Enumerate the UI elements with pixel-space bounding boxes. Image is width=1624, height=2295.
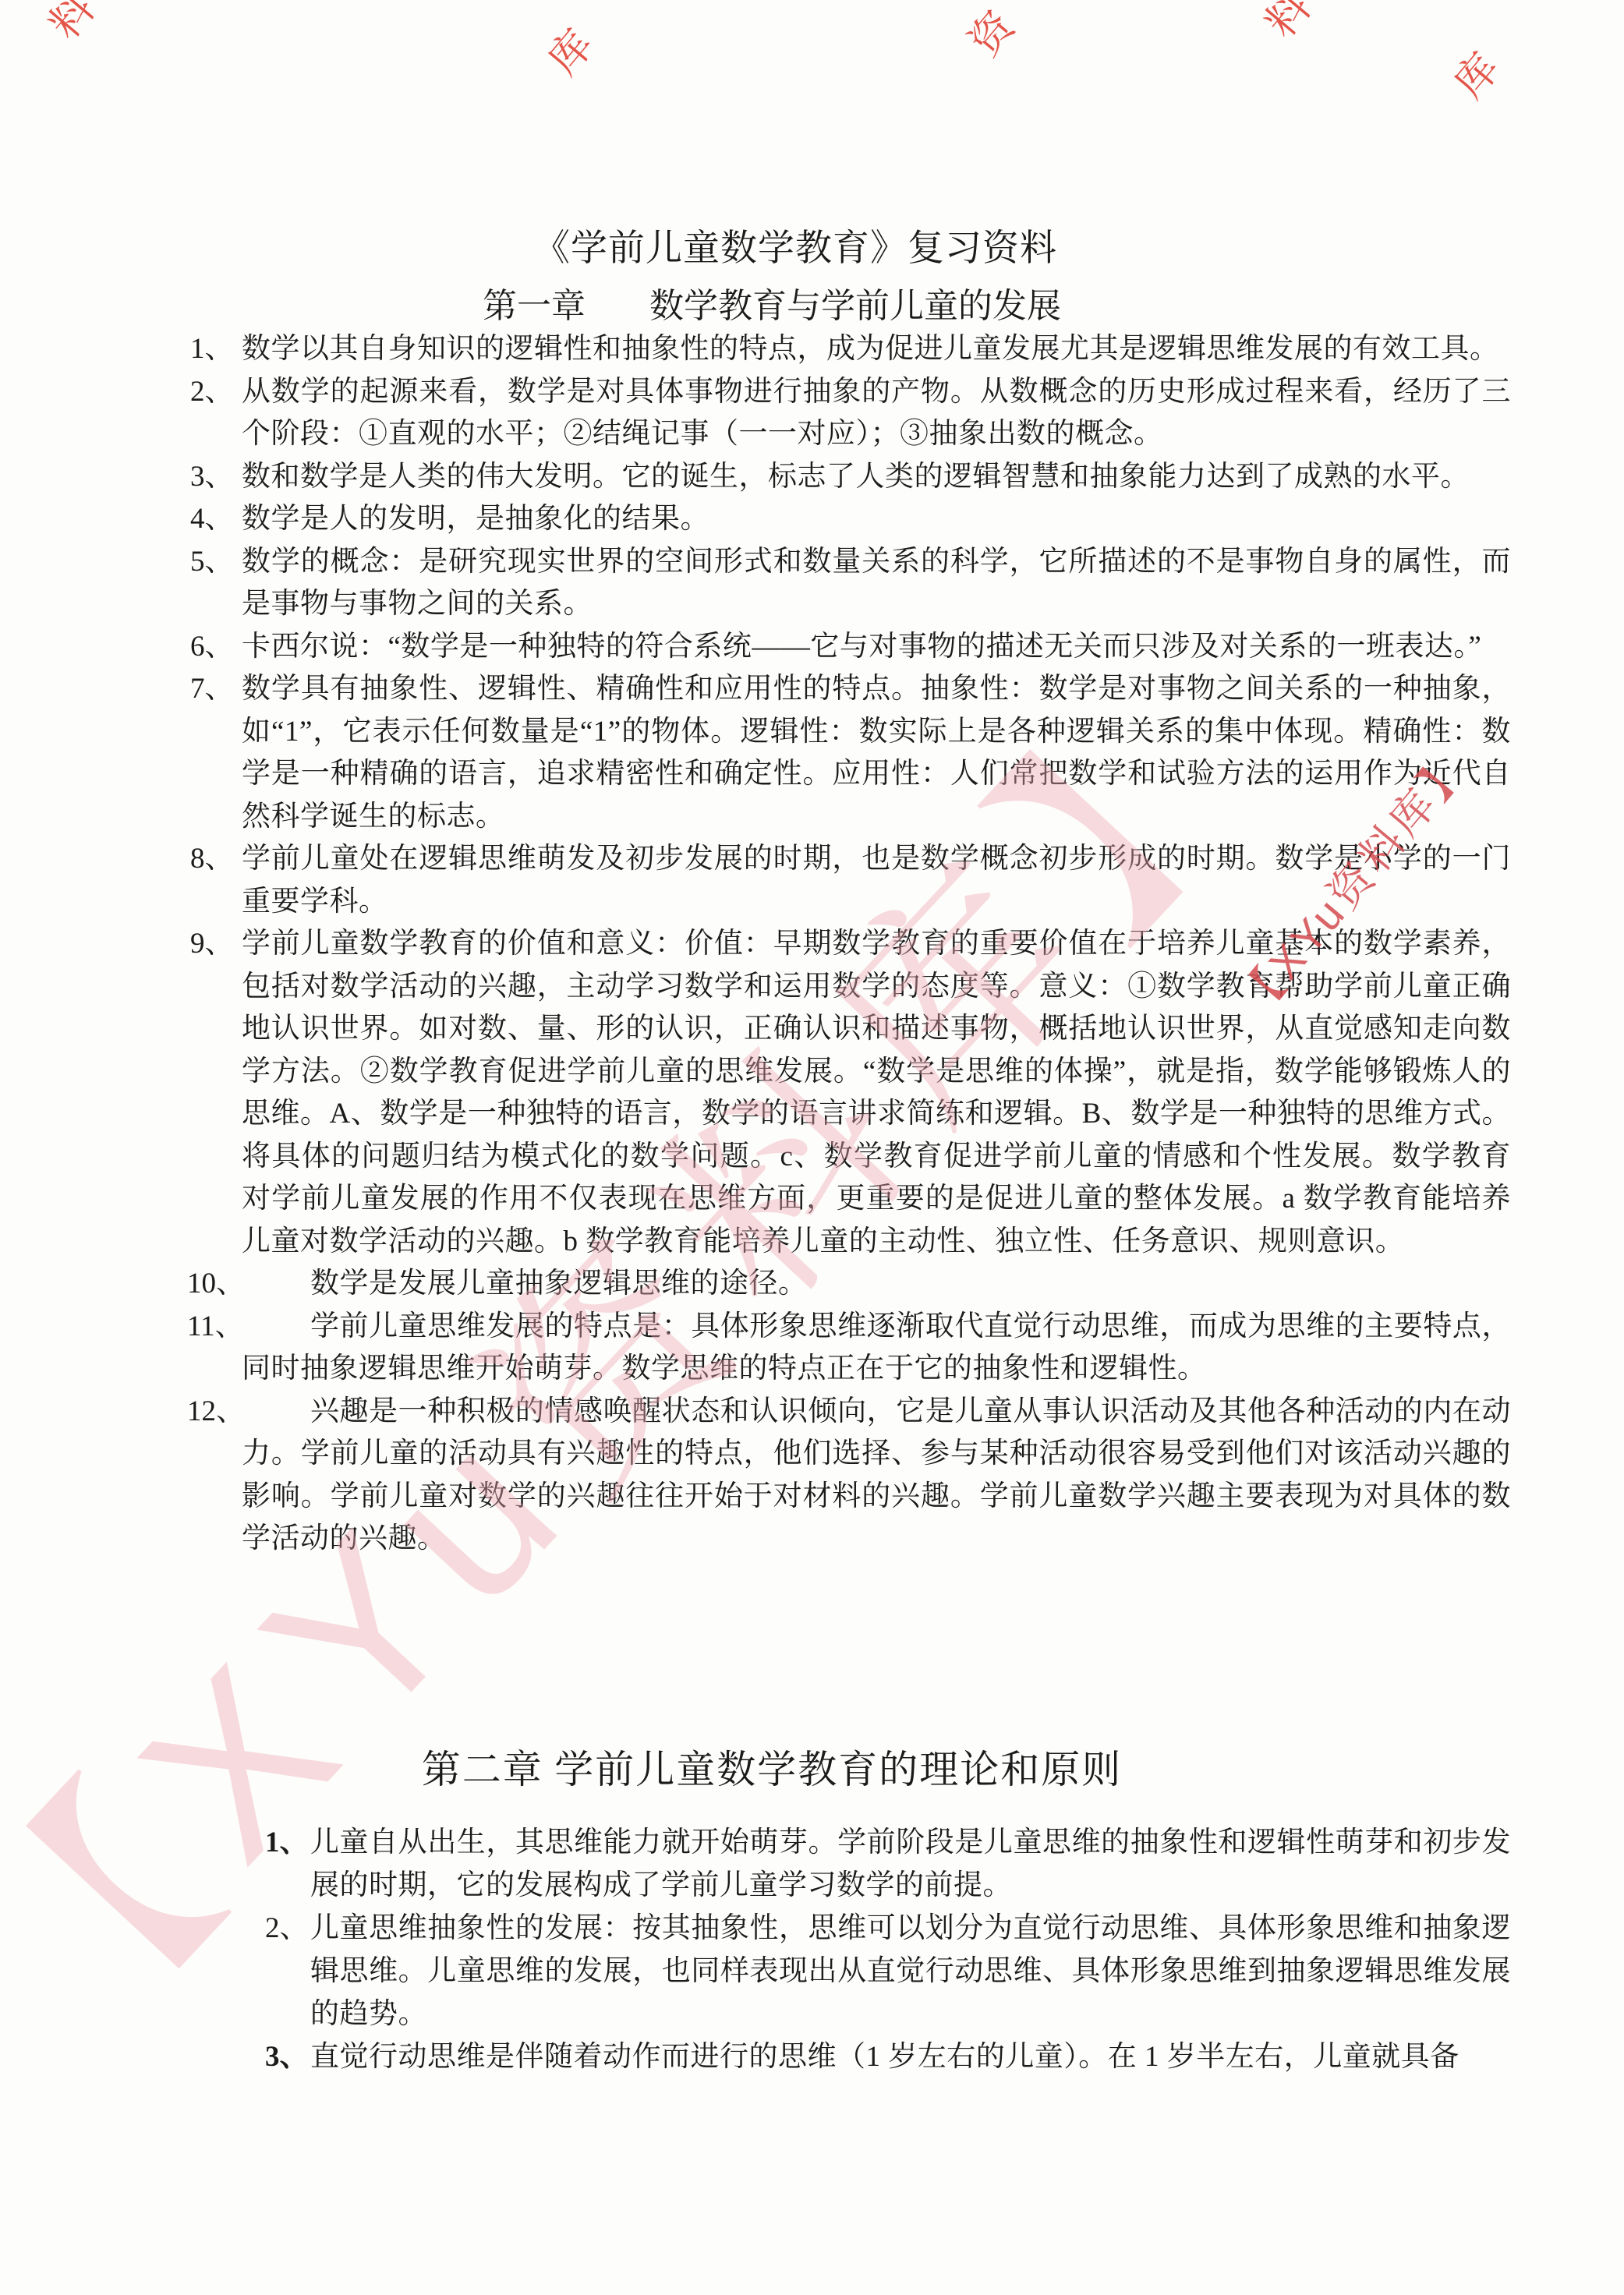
chapter-1-list: 1、 数学以其自身知识的逻辑性和抽象性的特点，成为促进儿童发展尤其是逻辑思维发展… [187, 328, 1520, 1561]
list-item: 1、 数学以其自身知识的逻辑性和抽象性的特点，成为促进儿童发展尤其是逻辑思维发展… [187, 328, 1520, 371]
item-number: 3、 [190, 456, 234, 499]
item-number: 4、 [190, 498, 234, 541]
list-item: 11、 学前儿童思维发展的特点是：具体形象思维逐渐取代直觉行动思维，而成为思维的… [187, 1306, 1520, 1391]
item-text: 数学具有抽象性、逻辑性、精确性和应用性的特点。抽象性：数学是对事物之间关系的一种… [242, 668, 1511, 838]
item-number: 11、 [187, 1306, 244, 1349]
list-item: 12、 兴趣是一种积极的情感唤醒状态和认识倾向，它是儿童从事认识活动及其他各种活… [187, 1391, 1520, 1561]
item-text: 儿童思维抽象性的发展：按其抽象性，思维可以划分为直觉行动思维、具体形象思维和抽象… [310, 1907, 1511, 2035]
list-item: 7、 数学具有抽象性、逻辑性、精确性和应用性的特点。抽象性：数学是对事物之间关系… [187, 668, 1520, 838]
list-item: 10、 数学是发展儿童抽象逻辑思维的途径。 [187, 1263, 1520, 1306]
item-text: 卡西尔说：“数学是一种独特的符合系统——它与对事物的描述无关而只涉及对关系的一班… [242, 626, 1511, 669]
list-item: 9、 学前儿童数学教育的价值和意义：价值：早期数学教育的重要价值在于培养儿童基本… [187, 923, 1520, 1263]
item-number: 9、 [190, 923, 234, 966]
item-number: 5、 [190, 541, 234, 584]
watermark-fragment: 料 [33, 0, 106, 50]
chapter-2-list: 1、 儿童自从出生，其思维能力就开始萌芽。学前阶段是儿童思维的抽象性和逻辑性萌芽… [187, 1821, 1520, 2078]
watermark-fragment: 库 [532, 15, 605, 86]
list-item: 2、 儿童思维抽象性的发展：按其抽象性，思维可以划分为直觉行动思维、具体形象思维… [187, 1907, 1520, 2035]
item-number: 1、 [265, 1821, 309, 1864]
item-text: 从数学的起源来看，数学是对具体事物进行抽象的产物。从数概念的历史形成过程来看，经… [242, 371, 1511, 456]
list-item: 3、 直觉行动思维是伴随着动作而进行的思维（1 岁左右的儿童）。在 1 岁半左右… [187, 2035, 1520, 2078]
item-number: 1、 [190, 328, 234, 371]
item-text: 数和数学是人类的伟大发明。它的诞生，标志了人类的逻辑智慧和抽象能力达到了成熟的水… [242, 456, 1511, 499]
item-text: 儿童自从出生，其思维能力就开始萌芽。学前阶段是儿童思维的抽象性和逻辑性萌芽和初步… [310, 1821, 1511, 1907]
list-item: 8、 学前儿童处在逻辑思维萌发及初步发展的时期，也是数学概念初步形成的时期。数学… [187, 838, 1520, 923]
chapter-1-heading: 第一章数学教育与学前儿童的发展 [187, 287, 1357, 327]
chapter-1-number: 第一章 [483, 287, 586, 325]
list-item: 4、 数学是人的发明，是抽象化的结果。 [187, 498, 1520, 541]
document-page: 【XYu资料库】 【XYu资料库】 料 库 资 料 库 《学前儿童数学教育》复习… [0, 0, 1624, 2295]
list-item: 2、 从数学的起源来看，数学是对具体事物进行抽象的产物。从数概念的历史形成过程来… [187, 371, 1520, 456]
item-text: 兴趣是一种积极的情感唤醒状态和认识倾向，它是儿童从事认识活动及其他各种活动的内在… [242, 1391, 1511, 1561]
item-number: 10、 [187, 1263, 245, 1306]
item-text: 学前儿童数学教育的价值和意义：价值：早期数学教育的重要价值在于培养儿童基本的数学… [242, 923, 1511, 1263]
chapter-2-heading: 第二章 学前儿童数学教育的理论和原则 [187, 1748, 1357, 1793]
item-text: 直觉行动思维是伴随着动作而进行的思维（1 岁左右的儿童）。在 1 岁半左右，儿童… [310, 2035, 1511, 2078]
list-item: 5、 数学的概念：是研究现实世界的空间形式和数量关系的科学，它所描述的不是事物自… [187, 541, 1520, 626]
item-number: 2、 [190, 371, 234, 414]
list-item: 3、 数和数学是人类的伟大发明。它的诞生，标志了人类的逻辑智慧和抽象能力达到了成… [187, 456, 1520, 499]
item-number: 7、 [190, 668, 234, 711]
watermark-fragment: 库 [1438, 38, 1511, 109]
item-number: 2、 [265, 1907, 309, 1950]
item-text: 数学的概念：是研究现实世界的空间形式和数量关系的科学，它所描述的不是事物自身的属… [242, 541, 1511, 626]
watermark-fragment: 资 [953, 0, 1026, 67]
item-number: 12、 [187, 1391, 245, 1434]
item-number: 6、 [190, 626, 234, 669]
list-item: 1、 儿童自从出生，其思维能力就开始萌芽。学前阶段是儿童思维的抽象性和逻辑性萌芽… [187, 1821, 1520, 1907]
item-number: 8、 [190, 838, 234, 881]
chapter-1-title: 数学教育与学前儿童的发展 [649, 287, 1061, 325]
item-text: 数学是发展儿童抽象逻辑思维的途径。 [242, 1263, 1511, 1306]
item-text: 学前儿童思维发展的特点是：具体形象思维逐渐取代直觉行动思维，而成为思维的主要特点… [242, 1306, 1511, 1391]
item-text: 学前儿童处在逻辑思维萌发及初步发展的时期，也是数学概念初步形成的时期。数学是小学… [242, 838, 1511, 923]
item-number: 3、 [265, 2035, 309, 2078]
item-text: 数学以其自身知识的逻辑性和抽象性的特点，成为促进儿童发展尤其是逻辑思维发展的有效… [242, 328, 1511, 371]
page-title: 《学前儿童数学教育》复习资料 [187, 228, 1403, 270]
list-item: 6、 卡西尔说：“数学是一种独特的符合系统——它与对事物的描述无关而只涉及对关系… [187, 626, 1520, 669]
item-text: 数学是人的发明，是抽象化的结果。 [242, 498, 1511, 541]
watermark-fragment: 料 [1249, 0, 1322, 48]
